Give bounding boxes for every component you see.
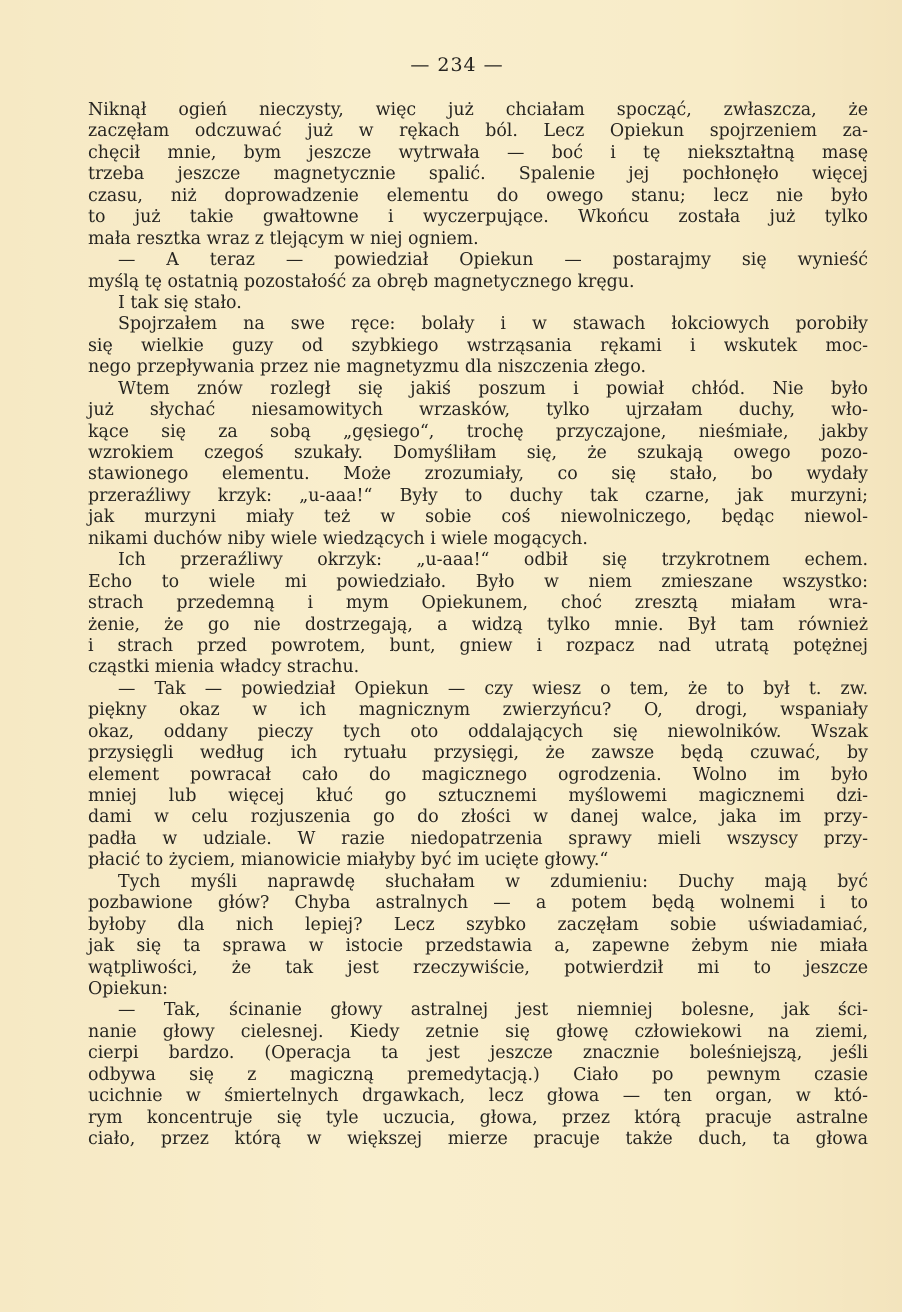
text-line: trzeba jeszcze magnetycznie spalić. Spal… [88, 164, 868, 185]
text-line: kące się za sobą „gęsiego“, trochę przyc… [88, 422, 868, 443]
text-line: mała resztka wraz z tlejącym w niej ogni… [88, 229, 868, 250]
text-line: piękny okaz w ich magnicznym zwierzyńcu?… [88, 700, 868, 721]
text-line: stawionego elementu. Może zrozumiały, co… [88, 464, 868, 485]
page-number: — 234 — [0, 54, 902, 76]
body-text: Niknął ogień nieczysty, więc już chciała… [88, 100, 868, 1150]
text-line: cierpi bardzo. (Operacja ta jest jeszcze… [88, 1043, 868, 1064]
text-line: jak się ta sprawa w istocie przedstawia … [88, 936, 868, 957]
text-line: Opiekun: [88, 979, 868, 1000]
text-line: przysięgli według ich rytuału przysięgi,… [88, 743, 868, 764]
text-line: element powracał cało do magicznego ogro… [88, 765, 868, 786]
text-line: rym koncentruje się tyle uczucia, głowa,… [88, 1108, 868, 1129]
text-line: wątpliwości, że tak jest rzeczywiście, p… [88, 958, 868, 979]
paragraph-first-line: Wtem znów rozległ się jakiś poszum i pow… [88, 379, 868, 400]
text-line: nego przepływania przez nie magnetyzmu d… [88, 357, 868, 378]
text-line: nanie głowy cielesnej. Kiedy zetnie się … [88, 1022, 868, 1043]
text-line: odbywa się z magiczną premedytacją.) Cia… [88, 1065, 868, 1086]
text-line: strach przedemną i mym Opiekunem, choć z… [88, 593, 868, 614]
text-line: i strach przed powrotem, bunt, gniew i r… [88, 636, 868, 657]
paragraph-first-line: Spojrzałem na swe ręce: bolały i w stawa… [88, 314, 868, 335]
text-line: Echo to wiele mi powiedziało. Było w nie… [88, 572, 868, 593]
paragraph-first-line: Ich przeraźliwy okrzyk: „u-aaa!“ odbił s… [88, 550, 868, 571]
paragraph-first-line: I tak się stało. [88, 293, 868, 314]
text-line: to już takie gwałtowne i wyczerpujące. W… [88, 207, 868, 228]
text-line: byłoby dla nich lepiej? Lecz szybko zacz… [88, 915, 868, 936]
paragraph-first-line: — Tak, ścinanie głowy astralnej jest nie… [88, 1000, 868, 1021]
text-line: padła w udziale. W razie niedopatrzenia … [88, 829, 868, 850]
paragraph-first-line: — A teraz — powiedział Opiekun — postara… [88, 250, 868, 271]
text-line: pozbawione głów? Chyba astralnych — a po… [88, 893, 868, 914]
text-line: przeraźliwy krzyk: „u-aaa!“ Były to duch… [88, 486, 868, 507]
book-page: — 234 — Niknął ogień nieczysty, więc już… [0, 0, 902, 1312]
text-line: cząstki mienia władcy strachu. [88, 657, 868, 678]
text-line: ciało, przez którą w większej mierze pra… [88, 1129, 868, 1150]
text-line: czasu, niż doprowadzenie elementu do owe… [88, 186, 868, 207]
text-line: okaz, oddany pieczy tych oto oddalającyc… [88, 722, 868, 743]
text-line: chęcił mnie, bym jeszcze wytrwała — boć … [88, 143, 868, 164]
text-line: się wielkie guzy od szybkiego wstrząsani… [88, 336, 868, 357]
text-line: zaczęłam odczuwać już w rękach ból. Lecz… [88, 121, 868, 142]
text-line: jak murzyni miały też w sobie coś niewol… [88, 507, 868, 528]
text-line: nikami duchów niby wiele wiedzących i wi… [88, 529, 868, 550]
text-line: już słychać niesamowitych wrzasków, tylk… [88, 400, 868, 421]
text-line: Niknął ogień nieczysty, więc już chciała… [88, 100, 868, 121]
text-line: wzrokiem czegoś szukały. Domyśliłam się,… [88, 443, 868, 464]
text-line: myślą tę ostatnią pozostałość za obręb m… [88, 272, 868, 293]
text-line: mniej lub więcej kłuć go sztucznemi myśl… [88, 786, 868, 807]
text-line: ucichnie w śmiertelnych drgawkach, lecz … [88, 1086, 868, 1107]
text-line: płacić to życiem, mianowicie miałyby być… [88, 850, 868, 871]
text-line: dami w celu rozjuszenia go do złości w d… [88, 807, 868, 828]
paragraph-first-line: — Tak — powiedział Opiekun — czy wiesz o… [88, 679, 868, 700]
paragraph-first-line: Tych myśli naprawdę słuchałam w zdumieni… [88, 872, 868, 893]
text-line: żenie, że go nie dostrzegają, a widzą ty… [88, 615, 868, 636]
